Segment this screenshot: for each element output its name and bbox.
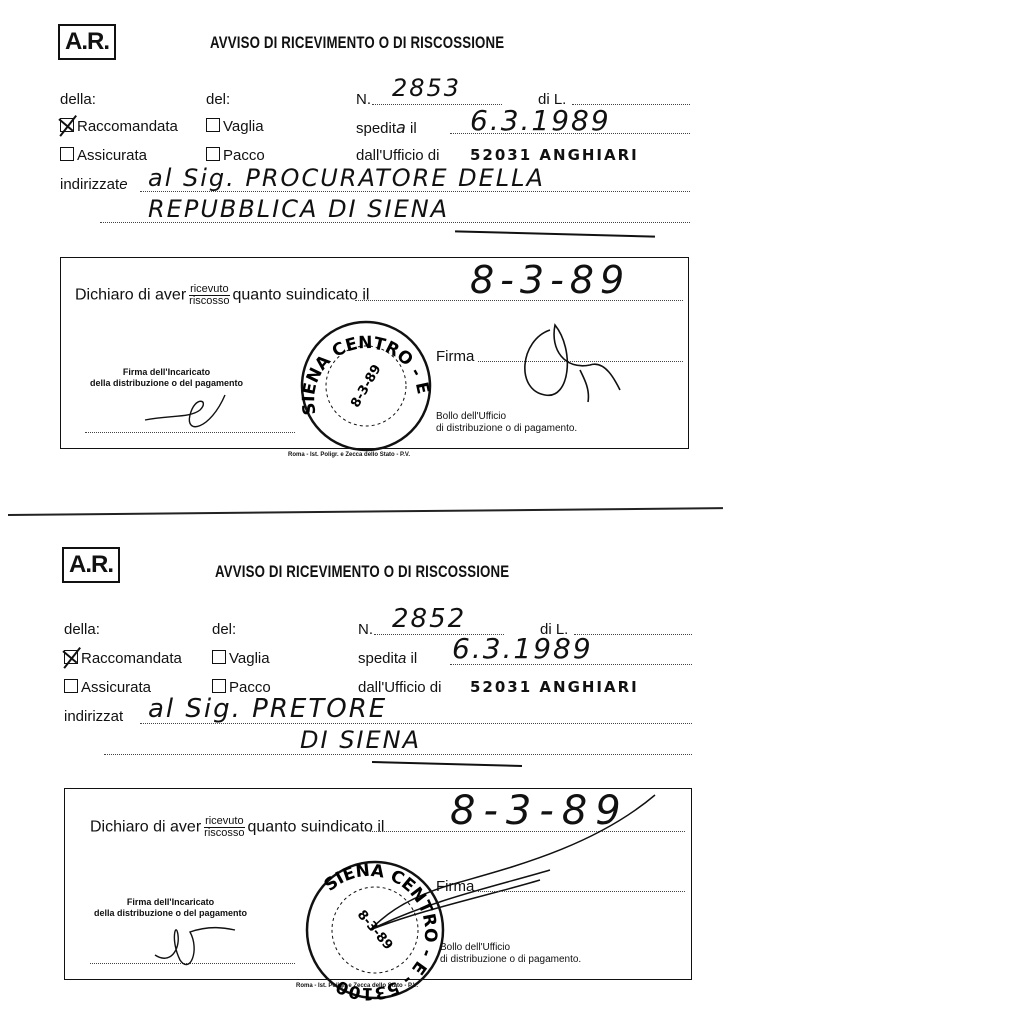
checkbox-icon[interactable]: [212, 679, 226, 693]
receipt-form-2: A.R. AVVISO DI RICEVIMENTO O DI RISCOSSI…: [0, 520, 730, 1019]
incaricato-signature: [150, 920, 250, 975]
ar-badge: A.R.: [62, 547, 120, 583]
checkbox-icon[interactable]: [212, 650, 226, 664]
handwritten-address-2: REPUBBLICA DI SIENA: [148, 195, 449, 223]
form-title: AVVISO DI RICEVIMENTO O DI RISCOSSIONE: [215, 562, 509, 582]
incaricato-label: Firma dell'Incaricato della distribuzion…: [94, 897, 247, 919]
del-label: del:: [212, 621, 236, 638]
ar-badge: A.R.: [58, 24, 116, 60]
option-assicurata[interactable]: Assicurata: [60, 147, 147, 164]
signature-line: [478, 891, 685, 892]
indirizzat-label: indirizzat: [64, 708, 123, 725]
option-vaglia[interactable]: Vaglia: [212, 650, 270, 667]
office-stamp: 52031 ANGHIARI: [470, 146, 639, 164]
indirizzat-label: indirizzate: [60, 176, 128, 193]
option-vaglia[interactable]: Vaglia: [206, 118, 264, 135]
received-paid-fraction: ricevutoriscosso: [189, 284, 229, 307]
postmark-stamp: 8-3-89 SIENA CENTRO - E - 53100: [296, 314, 436, 459]
del-label: del:: [206, 91, 230, 108]
office-stamp: 52031 ANGHIARI: [470, 678, 639, 696]
receipt-form-1: A.R. AVVISO DI RICEVIMENTO O DI RISCOSSI…: [0, 0, 730, 500]
handwritten-sent-date: 6.3.1989: [452, 632, 593, 665]
svg-text:8-3-89: 8-3-89: [354, 908, 396, 954]
cut-separator-line: [8, 507, 723, 516]
number-label: N.: [356, 91, 371, 108]
handwritten-address-1: al Sig. PROCURATORE DELLA: [148, 164, 545, 192]
option-raccomandata[interactable]: Raccomandata: [64, 650, 182, 667]
incaricato-label: Firma dell'Incaricato della distribuzion…: [90, 367, 243, 389]
number-label: N.: [358, 621, 373, 638]
checkbox-checked-icon[interactable]: [60, 118, 74, 132]
handwritten-underline: [372, 761, 522, 767]
handwritten-underline: [455, 230, 655, 237]
bollo-label: Bollo dell'Ufficio di distribuzione o di…: [436, 411, 577, 435]
handwritten-address-1: al Sig. PRETORE: [148, 694, 387, 724]
address-line-2: [104, 754, 692, 755]
option-assicurata[interactable]: Assicurata: [64, 679, 151, 696]
checkbox-icon[interactable]: [64, 679, 78, 693]
handwritten-number: 2852: [392, 604, 466, 634]
postmark-stamp: 8-3-89 SIENA CENTRO - E - 53100: [300, 852, 450, 1007]
incaricato-signature: [140, 390, 240, 440]
checkbox-icon[interactable]: [206, 147, 220, 161]
declaration-text: Dichiaro di averricevutoriscossoquanto s…: [75, 284, 369, 307]
received-paid-fraction: ricevutoriscosso: [204, 816, 244, 839]
checkbox-icon[interactable]: [206, 118, 220, 132]
checkbox-icon[interactable]: [60, 147, 74, 161]
form-title: AVVISO DI RICEVIMENTO O DI RISCOSSIONE: [210, 33, 504, 53]
recipient-signature: [510, 310, 630, 405]
spedit-label: spedita il: [358, 650, 417, 667]
checkbox-checked-icon[interactable]: [64, 650, 78, 664]
firma-label: Firma: [436, 348, 474, 365]
della-label: della:: [64, 621, 100, 638]
della-label: della:: [60, 91, 96, 108]
spedit-label: spedita il: [356, 118, 417, 137]
handwritten-sent-date: 6.3.1989: [470, 104, 611, 137]
office-label: dall'Ufficio di: [356, 147, 439, 164]
option-pacco[interactable]: Pacco: [206, 147, 265, 164]
option-raccomandata[interactable]: Raccomandata: [60, 118, 178, 135]
handwritten-number: 2853: [392, 74, 461, 102]
handwritten-received-date: 8-3-89: [470, 258, 630, 302]
handwritten-address-2: DI SIENA: [300, 726, 421, 754]
svg-text:8-3-89: 8-3-89: [348, 362, 384, 410]
bollo-label: Bollo dell'Ufficio di distribuzione o di…: [440, 942, 581, 966]
